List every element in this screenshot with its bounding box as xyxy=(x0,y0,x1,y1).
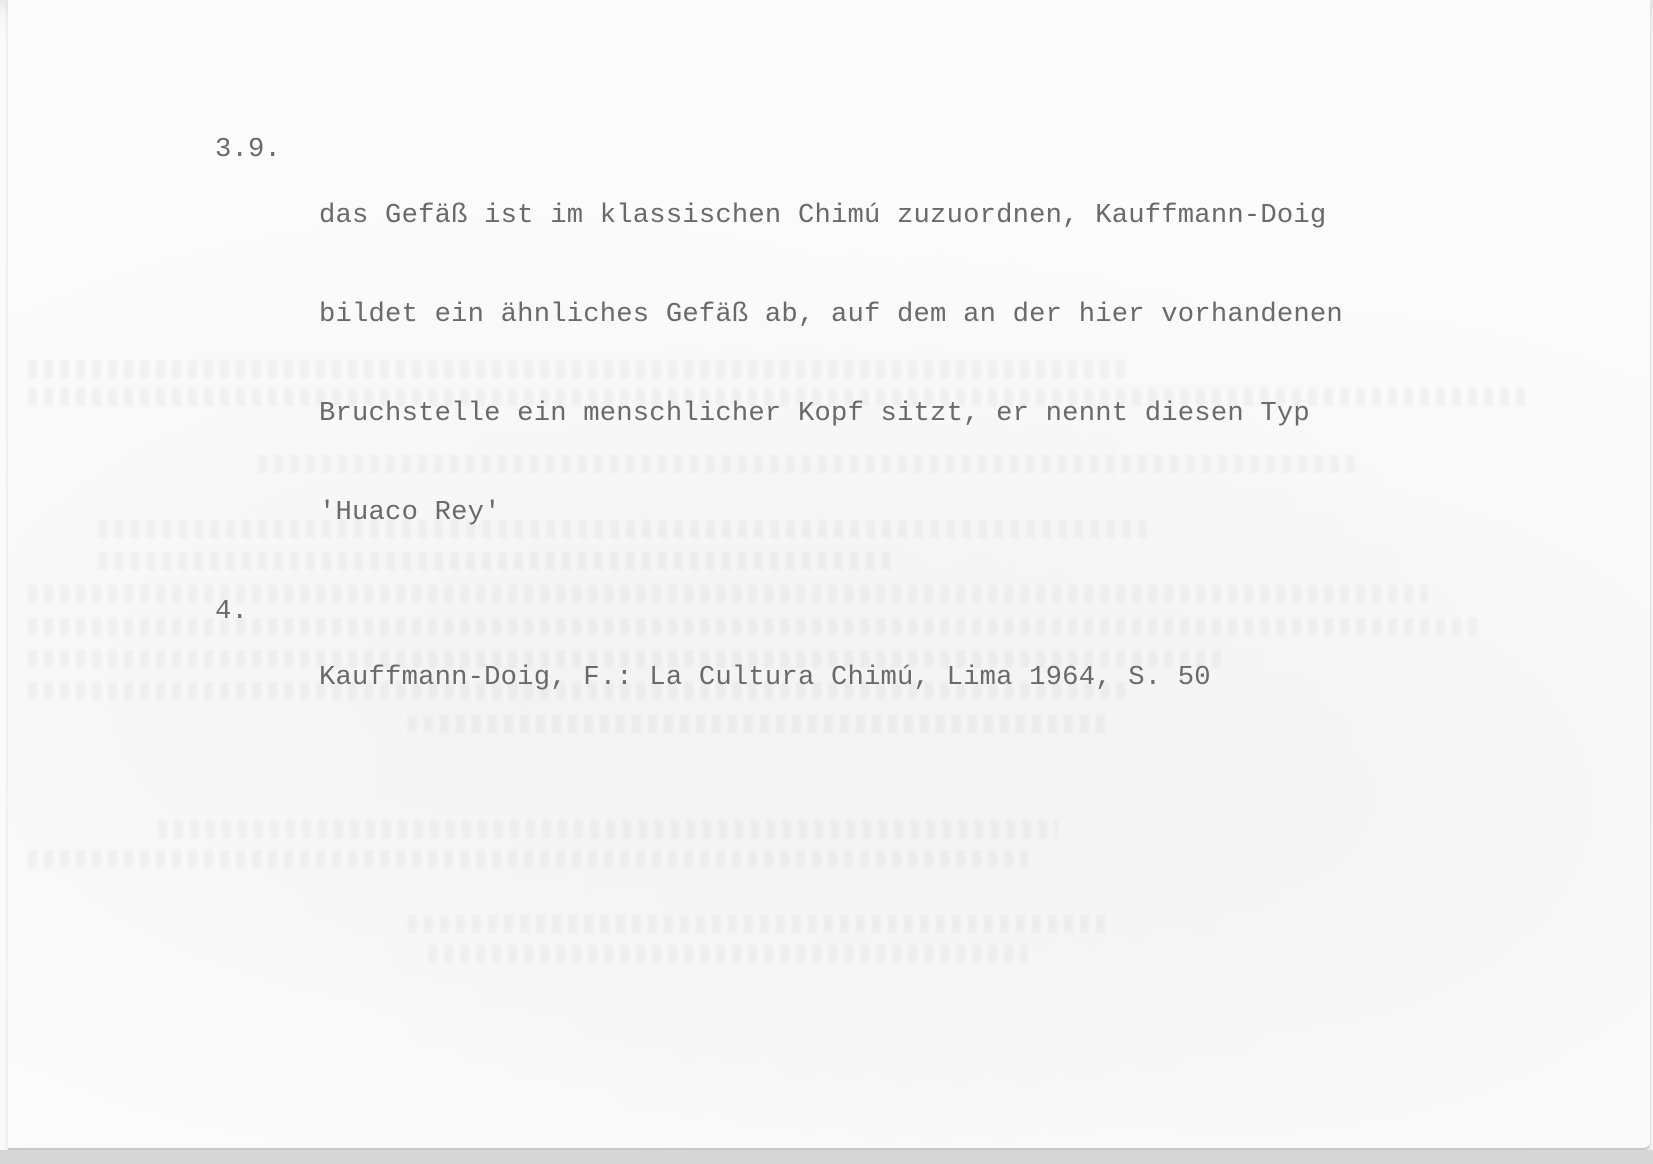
entry-line: bildet ein ähnliches Gefäß ab, auf dem a… xyxy=(319,298,1343,331)
entry-number: 4. xyxy=(215,595,319,628)
entry-line: das Gefäß ist im klassischen Chimú zuzuo… xyxy=(319,199,1343,232)
show-through-line xyxy=(158,820,1058,838)
show-through-line xyxy=(408,915,1108,933)
entry-3-9: 3.9. das Gefäß ist im klassischen Chimú … xyxy=(215,133,1343,595)
entry-line: Kauffmann-Doig, F.: La Cultura Chimú, Li… xyxy=(319,661,1211,694)
entry-text: Kauffmann-Doig, F.: La Cultura Chimú, Li… xyxy=(319,595,1211,760)
scanned-page: 3.9. das Gefäß ist im klassischen Chimú … xyxy=(0,0,1653,1164)
entry-line: 'Huaco Rey' xyxy=(319,496,1343,529)
entry-text: das Gefäß ist im klassischen Chimú zuzuo… xyxy=(319,133,1343,595)
show-through-line xyxy=(428,945,1028,963)
entry-4: 4. Kauffmann-Doig, F.: La Cultura Chimú,… xyxy=(215,595,1343,760)
archive-card: 3.9. das Gefäß ist im klassischen Chimú … xyxy=(8,0,1651,1150)
scanner-background xyxy=(0,1150,1653,1164)
show-through-line xyxy=(28,850,1028,868)
entry-line: Bruchstelle ein menschlicher Kopf sitzt,… xyxy=(319,397,1343,430)
card-entries: 3.9. das Gefäß ist im klassischen Chimú … xyxy=(215,133,1343,760)
entry-number: 3.9. xyxy=(215,133,319,166)
